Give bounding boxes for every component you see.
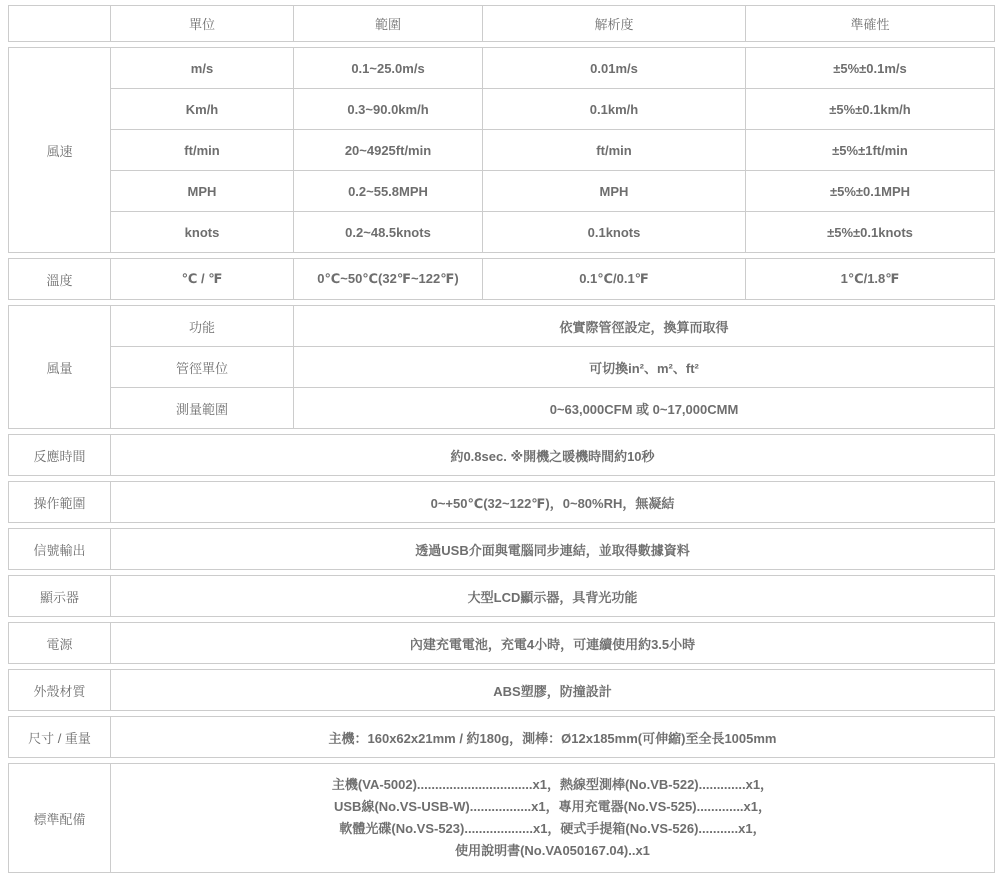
power-value: 內建充電電池，充電4小時，可連續使用約3.5小時 xyxy=(111,623,995,664)
wind-speed-accuracy: ±5%±1ft/min xyxy=(746,130,995,171)
wind-speed-table: 風速 m/s 0.1~25.0m/s 0.01m/s ±5%±0.1m/s Km… xyxy=(8,47,995,253)
accessories-line: 軟體光碟(No.VS-523)...................x1，硬式手… xyxy=(115,818,990,840)
wind-speed-range: 0.1~25.0m/s xyxy=(294,48,483,89)
header-resolution: 解析度 xyxy=(483,6,746,42)
dimensions-weight-value: 主機：160x62x21mm / 約180g，測棒：Ø12x185mm(可伸縮)… xyxy=(111,717,995,758)
wind-speed-accuracy: ±5%±0.1km/h xyxy=(746,89,995,130)
header-accuracy: 準確性 xyxy=(746,6,995,42)
wind-speed-resolution: MPH xyxy=(483,171,746,212)
case-material-value: ABS塑膠，防撞設計 xyxy=(111,670,995,711)
air-volume-item-value: 0~63,000CFM 或 0~17,000CMM xyxy=(294,388,995,429)
wind-speed-unit: m/s xyxy=(111,48,294,89)
row-label-case-material: 外殼材質 xyxy=(9,670,111,711)
table-row: Km/h 0.3~90.0km/h 0.1km/h ±5%±0.1km/h xyxy=(9,89,995,130)
table-row: 溫度 ℃ / ℉ 0℃~50℃(32℉~122℉) 0.1℃/0.1℉ 1℃/1… xyxy=(9,259,995,300)
wind-speed-accuracy: ±5%±0.1MPH xyxy=(746,171,995,212)
table-row: 電源 內建充電電池，充電4小時，可連續使用約3.5小時 xyxy=(9,623,995,664)
accessories-line: 使用說明書(No.VA050167.04)..x1 xyxy=(115,840,990,862)
wind-speed-resolution: 0.01m/s xyxy=(483,48,746,89)
table-row: ft/min 20~4925ft/min ft/min ±5%±1ft/min xyxy=(9,130,995,171)
table-row: 標準配備 主機(VA-5002)........................… xyxy=(9,764,995,873)
temperature-resolution: 0.1℃/0.1℉ xyxy=(483,259,746,300)
display-value: 大型LCD顯示器，具背光功能 xyxy=(111,576,995,617)
accessories-table: 標準配備 主機(VA-5002)........................… xyxy=(8,763,995,873)
wind-speed-unit: Km/h xyxy=(111,89,294,130)
row-label-signal-output: 信號輸出 xyxy=(9,529,111,570)
row-label-air-volume: 風量 xyxy=(9,306,111,429)
air-volume-item-value: 依實際管徑設定，換算而取得 xyxy=(294,306,995,347)
row-label-operating-range: 操作範圍 xyxy=(9,482,111,523)
header-range: 範圍 xyxy=(294,6,483,42)
accessories-line: USB線(No.VS-USB-W).................x1，專用充… xyxy=(115,796,990,818)
row-label-power: 電源 xyxy=(9,623,111,664)
wind-speed-range: 0.2~48.5knots xyxy=(294,212,483,253)
air-volume-item-name: 測量範圍 xyxy=(111,388,294,429)
table-row: knots 0.2~48.5knots 0.1knots ±5%±0.1knot… xyxy=(9,212,995,253)
wind-speed-unit: knots xyxy=(111,212,294,253)
temperature-accuracy: 1℃/1.8℉ xyxy=(746,259,995,300)
table-row: MPH 0.2~55.8MPH MPH ±5%±0.1MPH xyxy=(9,171,995,212)
operating-range-value: 0~+50℃(32~122℉)，0~80%RH，無凝結 xyxy=(111,482,995,523)
row-label-response-time: 反應時間 xyxy=(9,435,111,476)
row-label-dimensions-weight: 尺寸 / 重量 xyxy=(9,717,111,758)
spec-header-table: 單位 範圍 解析度 準確性 xyxy=(8,5,995,42)
spec-row-table: 顯示器 大型LCD顯示器，具背光功能 xyxy=(8,575,995,617)
air-volume-item-value: 可切換in²、m²、ft² xyxy=(294,347,995,388)
air-volume-item-name: 功能 xyxy=(111,306,294,347)
row-label-temperature: 溫度 xyxy=(9,259,111,300)
temperature-range: 0℃~50℃(32℉~122℉) xyxy=(294,259,483,300)
wind-speed-resolution: ft/min xyxy=(483,130,746,171)
signal-output-value: 透過USB介面與電腦同步連結，並取得數據資料 xyxy=(111,529,995,570)
table-row: 操作範圍 0~+50℃(32~122℉)，0~80%RH，無凝結 xyxy=(9,482,995,523)
wind-speed-range: 0.2~55.8MPH xyxy=(294,171,483,212)
table-row: 外殼材質 ABS塑膠，防撞設計 xyxy=(9,670,995,711)
spec-row-table: 反應時間 約0.8sec. ※開機之暖機時間約10秒 xyxy=(8,434,995,476)
temperature-table: 溫度 ℃ / ℉ 0℃~50℃(32℉~122℉) 0.1℃/0.1℉ 1℃/1… xyxy=(8,258,995,300)
table-row: 管徑單位 可切換in²、m²、ft² xyxy=(9,347,995,388)
header-empty-cell xyxy=(9,6,111,42)
accessories-line: 主機(VA-5002).............................… xyxy=(115,774,990,796)
accessories-value: 主機(VA-5002).............................… xyxy=(111,764,995,873)
table-row: 尺寸 / 重量 主機：160x62x21mm / 約180g，測棒：Ø12x18… xyxy=(9,717,995,758)
air-volume-table: 風量 功能 依實際管徑設定，換算而取得 管徑單位 可切換in²、m²、ft² 測… xyxy=(8,305,995,429)
wind-speed-unit: ft/min xyxy=(111,130,294,171)
wind-speed-accuracy: ±5%±0.1knots xyxy=(746,212,995,253)
spec-row-table: 外殼材質 ABS塑膠，防撞設計 xyxy=(8,669,995,711)
response-time-value: 約0.8sec. ※開機之暖機時間約10秒 xyxy=(111,435,995,476)
wind-speed-unit: MPH xyxy=(111,171,294,212)
table-row: 風速 m/s 0.1~25.0m/s 0.01m/s ±5%±0.1m/s xyxy=(9,48,995,89)
spec-row-table: 尺寸 / 重量 主機：160x62x21mm / 約180g，測棒：Ø12x18… xyxy=(8,716,995,758)
wind-speed-range: 0.3~90.0km/h xyxy=(294,89,483,130)
header-unit: 單位 xyxy=(111,6,294,42)
row-label-accessories: 標準配備 xyxy=(9,764,111,873)
temperature-unit: ℃ / ℉ xyxy=(111,259,294,300)
spec-table-container: 單位 範圍 解析度 準確性 風速 m/s 0.1~25.0m/s 0.01m/s… xyxy=(0,0,1002,880)
spec-row-table: 信號輸出 透過USB介面與電腦同步連結，並取得數據資料 xyxy=(8,528,995,570)
table-row: 風量 功能 依實際管徑設定，換算而取得 xyxy=(9,306,995,347)
wind-speed-resolution: 0.1knots xyxy=(483,212,746,253)
table-row: 測量範圍 0~63,000CFM 或 0~17,000CMM xyxy=(9,388,995,429)
table-row: 顯示器 大型LCD顯示器，具背光功能 xyxy=(9,576,995,617)
wind-speed-resolution: 0.1km/h xyxy=(483,89,746,130)
spec-row-table: 操作範圍 0~+50℃(32~122℉)，0~80%RH，無凝結 xyxy=(8,481,995,523)
air-volume-item-name: 管徑單位 xyxy=(111,347,294,388)
wind-speed-range: 20~4925ft/min xyxy=(294,130,483,171)
table-row: 反應時間 約0.8sec. ※開機之暖機時間約10秒 xyxy=(9,435,995,476)
row-label-wind-speed: 風速 xyxy=(9,48,111,253)
row-label-display: 顯示器 xyxy=(9,576,111,617)
table-row: 信號輸出 透過USB介面與電腦同步連結，並取得數據資料 xyxy=(9,529,995,570)
wind-speed-accuracy: ±5%±0.1m/s xyxy=(746,48,995,89)
header-row: 單位 範圍 解析度 準確性 xyxy=(9,6,995,42)
spec-row-table: 電源 內建充電電池，充電4小時，可連續使用約3.5小時 xyxy=(8,622,995,664)
